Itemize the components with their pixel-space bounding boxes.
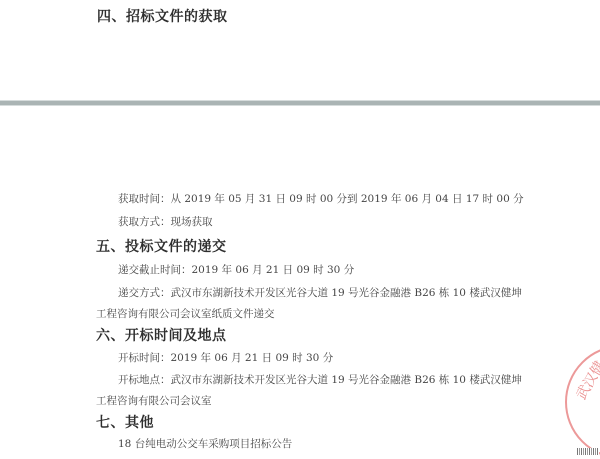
acquire-time: 获取时间：从 2019 年 05 月 31 日 09 时 00 分到 2019 … — [118, 191, 524, 206]
section-6-heading: 六、开标时间及地点 — [96, 325, 227, 345]
submission-method-line1: 递交方式：武汉市东湖新技术开发区光谷大道 19 号光谷金融港 B26 栋 10 … — [118, 285, 522, 300]
section-7-heading: 七、其他 — [96, 412, 154, 432]
seal-barcode — [577, 448, 599, 455]
section-5-heading: 五、投标文件的递交 — [96, 236, 227, 256]
opening-location-line2: 工程咨询有限公司会议室 — [96, 393, 212, 408]
section-4-heading: 四、招标文件的获取 — [97, 6, 228, 26]
opening-location-line1: 开标地点：武汉市东湖新技术开发区光谷大道 19 号光谷金融港 B26 栋 10 … — [118, 372, 522, 387]
opening-time: 开标时间：2019 年 06 月 21 日 09 时 30 分 — [118, 350, 333, 365]
previous-page-bottom: 四、招标文件的获取 — [0, 0, 600, 100]
submission-method-line2: 工程咨询有限公司会议室纸质文件递交 — [96, 306, 275, 321]
submission-deadline: 递交截止时间：2019 年 06 月 21 日 09 时 30 分 — [118, 262, 354, 277]
acquire-method: 获取方式：现场获取 — [118, 214, 213, 229]
other-content: 18 台纯电动公交车采购项目招标公告 — [118, 436, 292, 451]
page-separator — [0, 100, 600, 106]
